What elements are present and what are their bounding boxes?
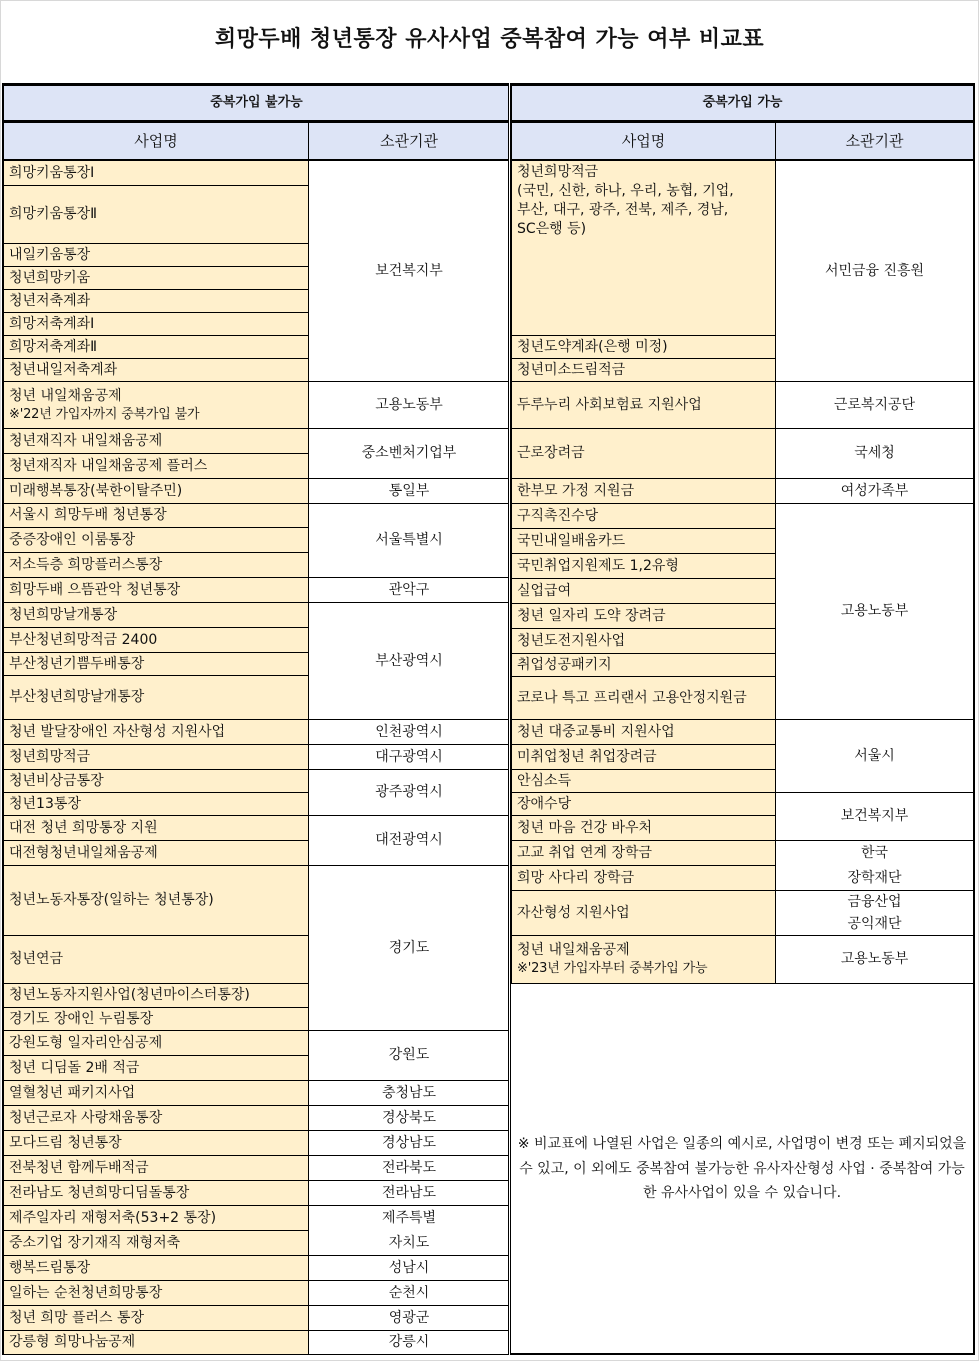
left-row: 청년연금: [3, 935, 309, 984]
left-org-multiline: 제주특별 자치도: [308, 1205, 510, 1256]
left-org: 대전광역시: [308, 815, 510, 866]
left-row: 강릉형 희망나눔공제: [3, 1330, 309, 1355]
left-row: 청년희망키움: [3, 266, 309, 290]
left-row: 대전형청년내일채움공제: [3, 840, 309, 866]
right-row: 코로나 특고 프리랜서 고용안정지원금: [511, 676, 776, 720]
left-row: 일하는 순천청년희망통장: [3, 1280, 309, 1306]
left-org: 중소벤처기업부: [308, 428, 510, 479]
left-org: 통일부: [308, 478, 510, 504]
org-lines: 금융산업 공익재단: [847, 891, 901, 936]
left-row: 대전 청년 희망통장 지원: [3, 815, 309, 841]
org-line: 한국: [861, 841, 888, 866]
left-row: 중증장애인 이룸통장: [3, 527, 309, 553]
right-row: 청년도전지원사업: [511, 628, 776, 654]
left-row: 청년 디딤돌 2배 적금: [3, 1055, 309, 1081]
org-lines: 제주특별 자치도: [382, 1206, 436, 1255]
right-org: 서울시: [775, 719, 974, 793]
left-row: 열혈청년 패키지사업: [3, 1080, 309, 1106]
right-row: 구직촉진수당: [511, 503, 776, 529]
right-row-with-detail: 청년희망적금 (국민, 신한, 하나, 우리, 농협, 기업, 부산, 대구, …: [511, 160, 776, 336]
left-row: 청년 발달장애인 자산형성 지원사업: [3, 719, 309, 745]
page-title: 희망두배 청년통장 유사사업 중복참여 가능 여부 비교표: [0, 22, 979, 53]
row-detail: (국민, 신한, 하나, 우리, 농협, 기업, 부산, 대구, 광주, 전북,…: [517, 182, 775, 239]
left-row: 청년저축계좌: [3, 289, 309, 313]
left-row: 전북청년 함께두배적금: [3, 1155, 309, 1181]
org-lines: 한국 장학재단: [847, 841, 901, 890]
row-label: 청년 내일채움공제: [517, 941, 630, 960]
left-row: 미래행복통장(북한이탈주민): [3, 478, 309, 504]
row-note: ※'22년 가입자까지 중복가입 불가: [9, 406, 199, 424]
left-org: 경상남도: [308, 1130, 510, 1156]
right-org: 국세청: [775, 428, 974, 479]
left-row: 청년근로자 사랑채움통장: [3, 1105, 309, 1131]
left-row: 부산청년기쁨두배통장: [3, 652, 309, 676]
org-line: 공익재단: [847, 913, 901, 935]
right-org: 서민금융 진흥원: [775, 160, 974, 382]
left-row: 청년희망날개통장: [3, 602, 309, 628]
left-row: 부산청년희망적금 2400: [3, 627, 309, 653]
col-header-name-right: 사업명: [511, 121, 776, 161]
left-row: 내일키움통장: [3, 243, 309, 267]
left-row: 경기도 장애인 누림통장: [3, 1007, 309, 1031]
left-row: 강원도형 일자리안심공제: [3, 1030, 309, 1056]
left-org: 부산광역시: [308, 602, 510, 720]
left-row: 희망두배 으뜸관악 청년통장: [3, 577, 309, 603]
right-row-with-note: 청년 내일채움공제 ※'23년 가입자부터 중복가입 가능: [511, 935, 776, 984]
col-header-org-left: 소관기관: [308, 121, 510, 161]
right-row: 국민취업지원제도 1,2유형: [511, 553, 776, 579]
left-row: 희망저축계좌Ⅱ: [3, 335, 309, 359]
left-row: 청년노동자지원사업(청년마이스터통장): [3, 983, 309, 1008]
left-row: 서울시 희망두배 청년통장: [3, 503, 309, 528]
right-org: 여성가족부: [775, 478, 974, 504]
row-label: 청년희망적금: [517, 163, 598, 182]
right-row: 청년 일자리 도약 장려금: [511, 603, 776, 629]
right-org: 보건복지부: [775, 792, 974, 841]
right-org: 고용노동부: [775, 503, 974, 720]
org-line: 자치도: [389, 1231, 430, 1256]
left-row: 제주일자리 재형저축(53+2 통장): [3, 1205, 309, 1231]
right-row: 청년 마음 건강 바우처: [511, 815, 776, 841]
footnote: ※ 비교표에 나열된 사업은 일종의 예시로, 사업명이 변경 또는 폐지되었을…: [511, 985, 973, 1353]
divider-gap: [509, 83, 510, 1355]
left-org: 영광군: [308, 1305, 510, 1331]
right-row: 고교 취업 연계 장학금: [511, 840, 776, 866]
left-org: 관악구: [308, 577, 510, 603]
col-header-org-right: 소관기관: [775, 121, 974, 161]
left-org: 강원도: [308, 1030, 510, 1081]
left-row: 부산청년희망날개통장: [3, 675, 309, 720]
right-row: 두루누리 사회보험료 지원사업: [511, 381, 776, 429]
right-row: 자산형성 지원사업: [511, 890, 776, 936]
left-row: 청년내일저축계좌: [3, 358, 309, 382]
left-row: 청년 희망 플러스 통장: [3, 1305, 309, 1331]
left-row: 청년재직자 내일채움공제 플러스: [3, 453, 309, 479]
group-header-allowed: 중복가입 가능: [511, 84, 974, 122]
left-org: 순천시: [308, 1280, 510, 1306]
right-row: 취업성공패키지: [511, 653, 776, 677]
right-row: 장애수당: [511, 792, 776, 816]
right-row: 안심소득: [511, 769, 776, 793]
left-org: 광주광역시: [308, 769, 510, 816]
left-row: 청년노동자통장(일하는 청년통장): [3, 865, 309, 936]
right-org: 근로복지공단: [775, 381, 974, 429]
left-org: 인천광역시: [308, 719, 510, 745]
left-org: 고용노동부: [308, 381, 510, 429]
left-org: 보건복지부: [308, 160, 510, 382]
left-org: 전라북도: [308, 1155, 510, 1181]
group-header-not-allowed: 중복가입 불가능: [3, 84, 510, 122]
left-org: 대구광역시: [308, 744, 510, 770]
left-row: 모다드림 청년통장: [3, 1130, 309, 1156]
left-row: 희망저축계좌Ⅰ: [3, 312, 309, 336]
row-note: ※'23년 가입자부터 중복가입 가능: [517, 960, 707, 978]
left-org: 충청남도: [308, 1080, 510, 1106]
right-row: 청년 대중교통비 지원사업: [511, 719, 776, 745]
left-org: 전라남도: [308, 1180, 510, 1206]
left-row: 전라남도 청년희망디딤돌통장: [3, 1180, 309, 1206]
row-label: 청년 내일채움공제: [9, 387, 122, 406]
right-org: 고용노동부: [775, 935, 974, 984]
left-row: 청년비상금통장: [3, 769, 309, 793]
col-header-name-left: 사업명: [3, 121, 309, 161]
right-row: 희망 사다리 장학금: [511, 865, 776, 891]
left-row: 청년13통장: [3, 792, 309, 816]
left-row: 행복드림통장: [3, 1255, 309, 1281]
left-row: 저소득층 희망플러스통장: [3, 552, 309, 578]
left-org: 강릉시: [308, 1330, 510, 1355]
right-row: 청년미소드림적금: [511, 358, 776, 382]
left-row: 청년재직자 내일채움공제: [3, 428, 309, 454]
right-org-multiline: 한국 장학재단: [775, 840, 974, 891]
right-row: 근로장려금: [511, 428, 776, 479]
left-org: 성남시: [308, 1255, 510, 1281]
left-org: 경기도: [308, 865, 510, 1031]
right-row: 실업급여: [511, 578, 776, 604]
right-row: 한부모 가정 지원금: [511, 478, 776, 504]
org-line: 금융산업: [847, 891, 901, 913]
right-row: 국민내일배움카드: [511, 528, 776, 554]
left-row-with-note: 청년 내일채움공제 ※'22년 가입자까지 중복가입 불가: [3, 381, 309, 429]
right-org-multiline: 금융산업 공익재단: [775, 890, 974, 936]
left-row: 희망키움통장Ⅱ: [3, 185, 309, 244]
right-row: 미취업청년 취업장려금: [511, 744, 776, 770]
org-line: 제주특별: [382, 1206, 436, 1231]
left-row: 청년희망적금: [3, 744, 309, 770]
org-line: 장학재단: [847, 866, 901, 891]
left-org: 경상북도: [308, 1105, 510, 1131]
left-row: 중소기업 장기재직 재형저축: [3, 1230, 309, 1256]
left-row: 희망키움통장Ⅰ: [3, 160, 309, 186]
footnote-text: ※ 비교표에 나열된 사업은 일종의 예시로, 사업명이 변경 또는 폐지되었을…: [517, 1132, 967, 1206]
left-org: 서울특별시: [308, 503, 510, 578]
right-row: 청년도약계좌(은행 미정): [511, 335, 776, 359]
